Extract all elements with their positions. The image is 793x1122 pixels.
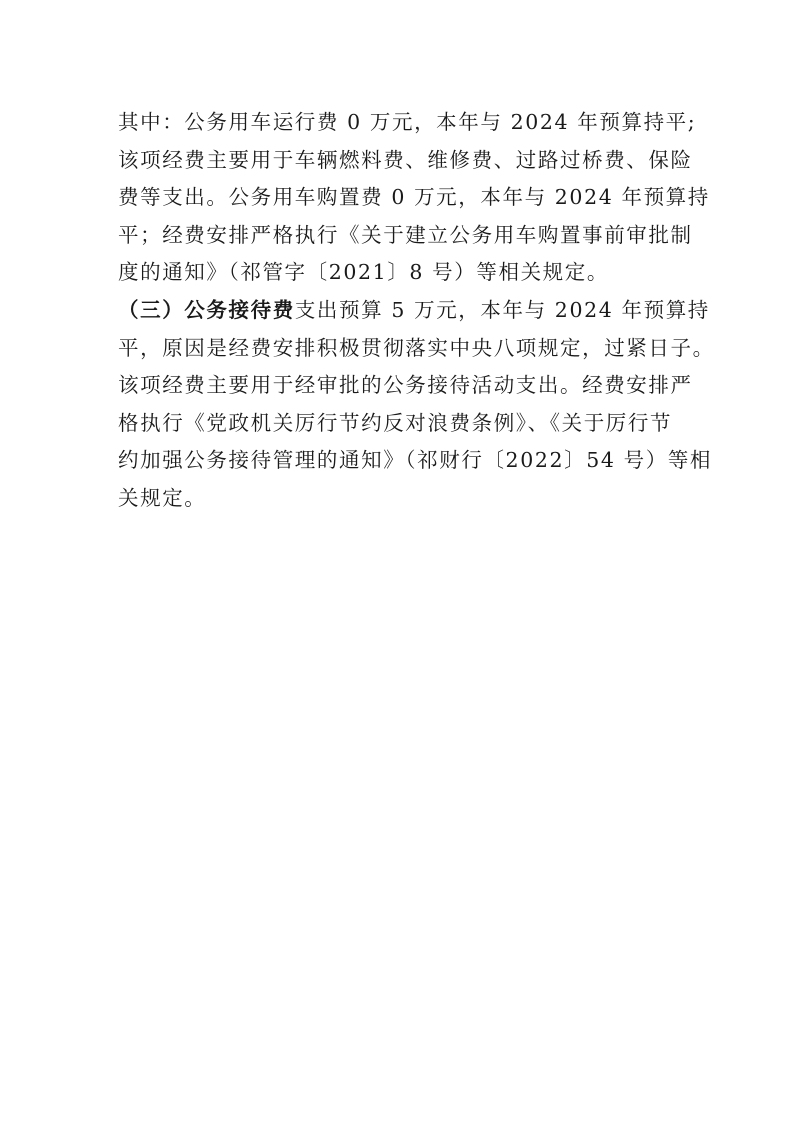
text-line: 关规定。 bbox=[118, 480, 688, 518]
text-line: 费等支出。公务用车购置费 0 万元，本年与 2024 年预算持 bbox=[118, 179, 688, 217]
text-line: 度的通知》（祁管字〔2021〕8 号）等相关规定。 bbox=[118, 254, 688, 292]
text-line: 约加强公务接待管理的通知》（祁财行〔2022〕54 号）等相 bbox=[118, 442, 688, 480]
text-line: 其中：公务用车运行费 0 万元，本年与 2024 年预算持平; bbox=[118, 104, 688, 142]
text-line: 格执行《党政机关厉行节约反对浪费条例》、《关于厉行节 bbox=[118, 405, 688, 443]
paragraph-vehicle-expenses: 其中：公务用车运行费 0 万元，本年与 2024 年预算持平; 该项经费主要用于… bbox=[118, 104, 688, 292]
text-line: 平；经费安排严格执行《关于建立公务用车购置事前审批制 bbox=[118, 217, 688, 255]
text-line: 该项经费主要用于经审批的公务接待活动支出。经费安排严 bbox=[118, 367, 688, 405]
text-line: 该项经费主要用于车辆燃料费、维修费、过路过桥费、保险 bbox=[118, 142, 688, 180]
text-line: 平，原因是经费安排积极贯彻落实中央八项规定，过紧日子。 bbox=[118, 330, 688, 368]
text-line: （三）公务接待费支出预算 5 万元，本年与 2024 年预算持 bbox=[118, 292, 688, 330]
text-span: 支出预算 5 万元，本年与 2024 年预算持 bbox=[295, 298, 710, 322]
paragraph-reception-expenses: （三）公务接待费支出预算 5 万元，本年与 2024 年预算持 平，原因是经费安… bbox=[118, 292, 688, 518]
document-page: 其中：公务用车运行费 0 万元，本年与 2024 年预算持平; 该项经费主要用于… bbox=[118, 104, 688, 518]
section-heading: （三）公务接待费 bbox=[118, 298, 295, 322]
